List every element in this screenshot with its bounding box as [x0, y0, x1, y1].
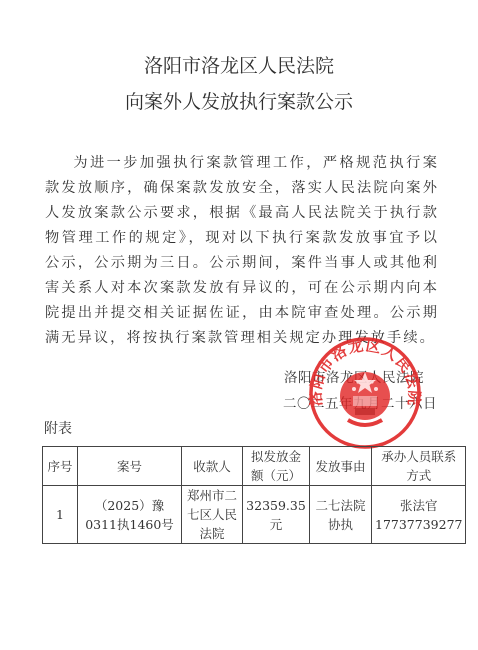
- header-reason: 发放事由: [310, 447, 372, 486]
- header-contact: 承办人员联系方式: [372, 447, 466, 486]
- appendix-label: 附表: [44, 418, 72, 438]
- cell-contact: 张法官 17737739277: [372, 486, 466, 544]
- cell-amount: 32359.35元: [243, 486, 310, 544]
- header-payee: 收款人: [182, 447, 243, 486]
- header-index: 序号: [43, 447, 78, 486]
- cell-case-no: （2025）豫0311执1460号: [78, 486, 182, 544]
- court-name-title: 洛阳市洛龙区人民法院: [0, 51, 478, 78]
- table-row: 1 （2025）豫0311执1460号 郑州市二七区人民法院 32359.35元…: [43, 486, 466, 544]
- contact-phone: 17737739277: [375, 515, 462, 534]
- cell-reason: 二七法院协执: [310, 486, 372, 544]
- header-case-no: 案号: [78, 447, 182, 486]
- table-header-row: 序号 案号 收款人 拟发放金额（元） 发放事由 承办人员联系方式: [43, 447, 466, 486]
- header-amount: 拟发放金额（元）: [243, 447, 310, 486]
- notice-body: 为进一步加强执行案款管理工作，严格规范执行案款发放顺序，确保案款发放安全，落实人…: [45, 151, 439, 351]
- disbursement-table: 序号 案号 收款人 拟发放金额（元） 发放事由 承办人员联系方式 1 （2025…: [42, 446, 466, 544]
- contact-name: 张法官: [375, 496, 462, 515]
- notice-title: 向案外人发放执行案款公示: [0, 87, 478, 114]
- cell-payee: 郑州市二七区人民法院: [182, 486, 243, 544]
- cell-index: 1: [43, 486, 78, 544]
- court-seal-stamp-icon: 洛阳市洛龙区人民法院: [308, 336, 422, 450]
- body-paragraph: 为进一步加强执行案款管理工作，严格规范执行案款发放顺序，确保案款发放安全，落实人…: [45, 151, 439, 351]
